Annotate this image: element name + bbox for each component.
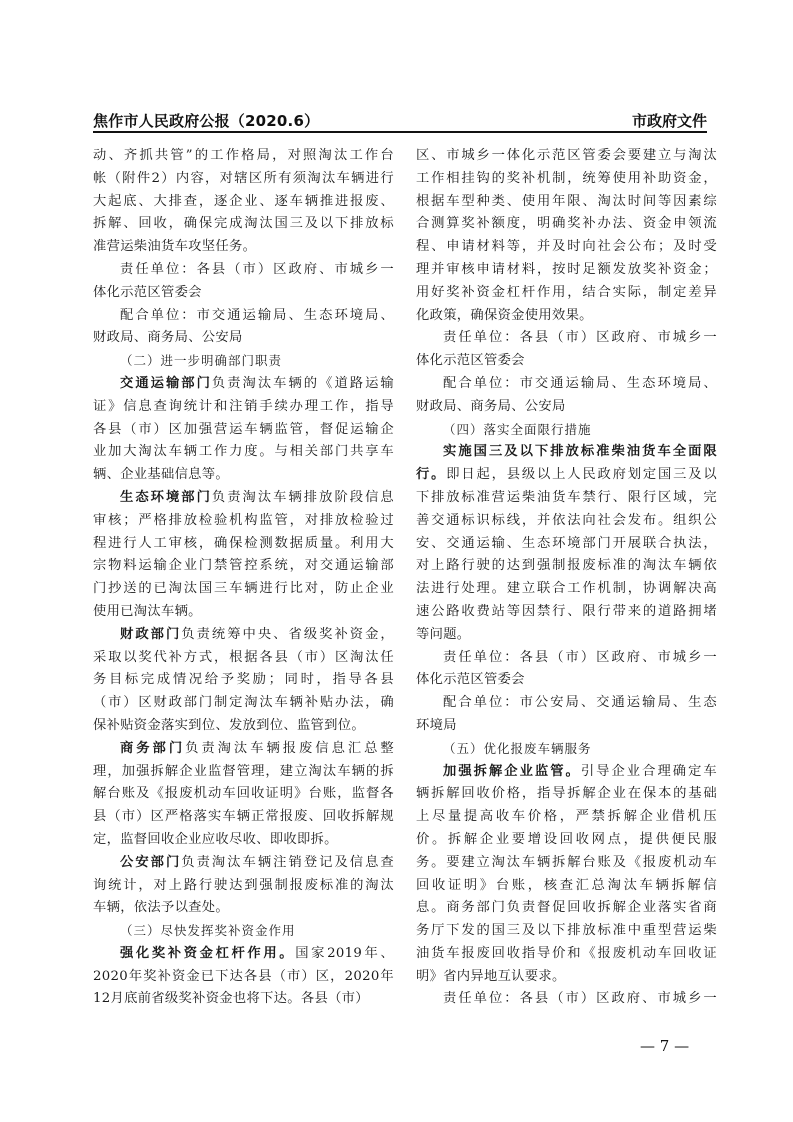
bold-lead: 财政部门 (120, 627, 181, 642)
line-text: 配合单位：市交通运输局、生态环境局、 (120, 308, 394, 323)
line-text: 保补贴资金落实到位、发放到位、监管到位。 (93, 718, 365, 733)
text-line: 使用已淘汰车辆。 (93, 601, 394, 624)
text-line: 等问题。 (416, 624, 717, 647)
line-text: 用好奖补资金杠杆作用，结合实际，制定差异 (416, 285, 717, 300)
line-text: 负责淘汰车辆报废信息汇总整 (185, 741, 394, 756)
text-line: 法进行处理。建立联合工作机制，协调解决高 (416, 578, 717, 601)
text-line: 辆拆解回收价格，指导拆解企业在保本的基础 (416, 783, 717, 806)
line-text: 回收证明》台账，核查汇总淘汰车辆拆解信 (416, 878, 717, 893)
text-line: 价。拆解企业要增设回收网点，提供便民服 (416, 829, 717, 852)
line-text: 工作相挂钩的奖补机制，统筹使用补助资金， (416, 171, 717, 186)
line-text: （四）落实全面限行措施 (443, 422, 592, 437)
line-text: 询统计，对上路行驶达到强制报废标准的淘汰 (93, 878, 394, 893)
line-text: 车辆，依法予以查处。 (93, 900, 229, 915)
text-line: 上尽量提高收车价格，严禁拆解企业借机压 (416, 806, 717, 829)
line-text: 配合单位：市公安局、交通运输局、生态 (443, 695, 717, 710)
text-line: 责任单位：各县（市）区政府、市城乡一 (416, 988, 717, 1011)
text-line: （市）区财政部门制定淘汰车辆补贴办法，确 (93, 692, 394, 715)
text-line: 程进行人工审核，确保检测数据质量。利用大 (93, 533, 394, 556)
line-text: 下排放标准营运柴油货车禁行、限行区域，完 (416, 490, 717, 505)
line-text: 环境局 (416, 718, 457, 733)
bold-lead: 加强拆解企业监管。 (443, 764, 581, 779)
line-text: 动、齐抓共管”的工作格局，对照淘汰工作台 (93, 148, 394, 163)
text-line: 工作相挂钩的奖补机制，统筹使用补助资金， (416, 168, 717, 191)
line-text: 上尽量提高收车价格，严禁拆解企业借机压 (416, 809, 717, 824)
line-text: 负责统筹中央、省级奖补资金， (181, 627, 394, 642)
line-text: 化政策，确保资金使用效果。 (416, 308, 593, 323)
line-text: （三）尽快发挥奖补资金作用 (120, 923, 296, 938)
section-heading: （五）优化报废车辆服务 (416, 738, 717, 761)
line-text: 负责淘汰车辆注销登记及信息查 (181, 855, 394, 870)
line-text: 程、申请材料等，并及时向社会公布；及时受 (416, 239, 717, 254)
bold-lead: 强化奖补资金杠杆作用。 (120, 946, 295, 961)
line-text: 体化示范区管委会 (93, 285, 202, 300)
text-line: 善交通标识标线，并依法向社会发布。组织公 (416, 510, 717, 533)
line-text: 门抄送的已淘汰国三车辆进行比对，防止企业 (93, 581, 394, 596)
line-text: 采取以奖代补方式，根据各县（市）区淘汰任 (93, 650, 394, 665)
section-heading: （三）尽快发挥奖补资金作用 (93, 920, 394, 943)
text-line: 回收证明》台账，核查汇总淘汰车辆拆解信 (416, 875, 717, 898)
line-text: 对上路行驶的达到强制报废标准的淘汰车辆依 (416, 558, 717, 573)
section-heading: （二）进一步明确部门职责 (93, 350, 394, 373)
line-text: 拆解、回收，确保完成淘汰国三及以下排放标 (93, 216, 394, 231)
line-text: 区、市城乡一体化示范区管委会要建立与淘汰 (416, 148, 717, 163)
text-line: 商务部门负责淘汰车辆报废信息汇总整 (93, 738, 394, 761)
header-rule (93, 131, 707, 133)
text-line: 解台账及《报废机动车回收证明》台账，监督各 (93, 783, 394, 806)
line-text: 2020年奖补资金已下达各县（市）区，2020年 (93, 969, 394, 984)
line-text: 安、交通运输、生态环境部门开展联合执法， (416, 536, 717, 551)
line-text: 息。商务部门负责督促回收拆解企业落实省商 (416, 900, 717, 915)
text-line: 各县（市）区加强营运车辆监管，督促运输企 (93, 419, 394, 442)
text-line: 程、申请材料等，并及时向社会公布；及时受 (416, 236, 717, 259)
text-line: 公安部门负责淘汰车辆注销登记及信息查 (93, 852, 394, 875)
text-line: 采取以奖代补方式，根据各县（市）区淘汰任 (93, 647, 394, 670)
line-text: 程进行人工审核，确保检测数据质量。利用大 (93, 536, 394, 551)
line-text: 务。要建立淘汰车辆拆解台账及《报废机动车 (416, 855, 717, 870)
line-text: 责任单位：各县（市）区政府、市城乡一 (120, 262, 394, 277)
line-text: 责任单位：各县（市）区政府、市城乡一 (443, 650, 717, 665)
text-line: 配合单位：市交通运输局、生态环境局、 (93, 305, 394, 328)
text-line: 务目标完成情况给予奖励；同时，指导各县 (93, 669, 394, 692)
text-line: 责任单位：各县（市）区政府、市城乡一 (416, 327, 717, 350)
text-line: 审核；严格排放检验机构监管，对排放检验过 (93, 510, 394, 533)
right-column: 区、市城乡一体化示范区管委会要建立与淘汰工作相挂钩的奖补机制，统筹使用补助资金，… (416, 145, 717, 1011)
text-line: 证》信息查询统计和注销手续办理工作，指导 (93, 396, 394, 419)
text-line: 财政局、商务局、公安局 (93, 327, 394, 350)
text-line: 下排放标准营运柴油货车禁行、限行区域，完 (416, 487, 717, 510)
line-text: 负责淘汰车辆的《道路运输 (212, 376, 394, 391)
text-line: 责任单位：各县（市）区政府、市城乡一 (416, 647, 717, 670)
text-line: 拆解、回收，确保完成淘汰国三及以下排放标 (93, 213, 394, 236)
text-line: 油货车报废回收指导价和《报废机动车回收证 (416, 943, 717, 966)
text-line: 区、市城乡一体化示范区管委会要建立与淘汰 (416, 145, 717, 168)
line-text: 理，加强拆解企业监督管理，建立淘汰车辆的拆 (93, 764, 394, 779)
line-text: 审核；严格排放检验机构监管，对排放检验过 (93, 513, 394, 528)
line-text: 体化示范区管委会 (416, 672, 525, 687)
line-text: 价。拆解企业要增设回收网点，提供便民服 (416, 832, 717, 847)
text-line: 合测算奖补额度，明确奖补办法、资金申领流 (416, 213, 717, 236)
line-text: 责任单位：各县（市）区政府、市城乡一 (443, 991, 717, 1006)
text-line: 定，监督回收企业应收尽收、即收即拆。 (93, 829, 394, 852)
text-line: 根据车型种类、使用年限、淘汰时间等因素综 (416, 191, 717, 214)
line-text: 善交通标识标线，并依法向社会发布。组织公 (416, 513, 717, 528)
text-line: 财政局、商务局、公安局 (416, 396, 717, 419)
page-number: — 7 — (640, 1037, 689, 1055)
text-line: 2020年奖补资金已下达各县（市）区，2020年 (93, 966, 394, 989)
line-text: 大起底、大排查，逐企业、逐车辆推进报废、 (93, 194, 394, 209)
text-line: 速公路收费站等因禁行、限行带来的道路拥堵 (416, 601, 717, 624)
bold-lead: 交通运输部门 (120, 376, 212, 391)
line-text: 财政局、商务局、公安局 (416, 399, 566, 414)
text-line: 财政部门负责统筹中央、省级奖补资金， (93, 624, 394, 647)
line-text: 辆拆解回收价格，指导拆解企业在保本的基础 (416, 786, 717, 801)
line-text: 业加大淘汰车辆工作力度。与相关部门共享车 (93, 444, 394, 459)
text-line: 车辆，依法予以查处。 (93, 897, 394, 920)
text-line: 环境局 (416, 715, 717, 738)
text-line: 体化示范区管委会 (416, 669, 717, 692)
text-line: 保补贴资金落实到位、发放到位、监管到位。 (93, 715, 394, 738)
text-line: 化政策，确保资金使用效果。 (416, 305, 717, 328)
text-line: 实施国三及以下排放标准柴油货车全面限 (416, 441, 717, 464)
text-line: 加强拆解企业监管。引导企业合理确定车 (416, 761, 717, 784)
left-column: 动、齐抓共管”的工作格局，对照淘汰工作台帐（附件2）内容，对辖区所有须淘汰车辆进… (93, 145, 394, 1011)
section-heading: （四）落实全面限行措施 (416, 419, 717, 442)
text-line: 生态环境部门负责淘汰车辆排放阶段信息 (93, 487, 394, 510)
line-text: 速公路收费站等因禁行、限行带来的道路拥堵 (416, 604, 717, 619)
text-line: 询统计，对上路行驶达到强制报废标准的淘汰 (93, 875, 394, 898)
line-text: 证》信息查询统计和注销手续办理工作，指导 (93, 399, 394, 414)
line-text: 务目标完成情况给予奖励；同时，指导各县 (93, 672, 394, 687)
line-text: 财政局、商务局、公安局 (93, 330, 243, 345)
bold-lead: 公安部门 (120, 855, 181, 870)
text-line: 安、交通运输、生态环境部门开展联合执法， (416, 533, 717, 556)
line-text: 配合单位：市交通运输局、生态环境局、 (443, 376, 717, 391)
line-text: 合测算奖补额度，明确奖补办法、资金申领流 (416, 216, 717, 231)
text-line: 务厅下发的国三及以下排放标准中重型营运柴 (416, 920, 717, 943)
text-line: 对上路行驶的达到强制报废标准的淘汰车辆依 (416, 555, 717, 578)
text-line: 配合单位：市交通运输局、生态环境局、 (416, 373, 717, 396)
line-text: 县（市）区严格落实车辆正常报废、回收拆解规 (93, 809, 394, 824)
line-text: 国家2019年、 (295, 946, 394, 961)
line-text: （市）区财政部门制定淘汰车辆补贴办法，确 (93, 695, 394, 710)
line-text: 等问题。 (416, 627, 470, 642)
text-line: 业加大淘汰车辆工作力度。与相关部门共享车 (93, 441, 394, 464)
line-text: 辆、企业基础信息等。 (93, 467, 229, 482)
section-label: 市政府文件 (632, 110, 707, 131)
line-text: 明》省内异地互认要求。 (416, 969, 566, 984)
line-text: 各县（市）区加强营运车辆监管，督促运输企 (93, 422, 394, 437)
text-line: 辆、企业基础信息等。 (93, 464, 394, 487)
line-text: 定，监督回收企业应收尽收、即收即拆。 (93, 832, 338, 847)
text-line: 明》省内异地互认要求。 (416, 966, 717, 989)
line-text: 理并审核申请材料，按时足额发放奖补资金； (416, 262, 717, 277)
text-line: 动、齐抓共管”的工作格局，对照淘汰工作台 (93, 145, 394, 168)
line-text: 负责淘汰车辆排放阶段信息 (212, 490, 394, 505)
line-text: 宗物料运输企业门禁管控系统，对交通运输部 (93, 558, 394, 573)
text-line: 帐（附件2）内容，对辖区所有须淘汰车辆进行 (93, 168, 394, 191)
text-line: 体化示范区管委会 (416, 350, 717, 373)
text-line: 体化示范区管委会 (93, 282, 394, 305)
text-line: 门抄送的已淘汰国三车辆进行比对，防止企业 (93, 578, 394, 601)
text-line: 交通运输部门负责淘汰车辆的《道路运输 (93, 373, 394, 396)
text-line: 县（市）区严格落实车辆正常报废、回收拆解规 (93, 806, 394, 829)
text-line: 宗物料运输企业门禁管控系统，对交通运输部 (93, 555, 394, 578)
line-text: 法进行处理。建立联合工作机制，协调解决高 (416, 581, 717, 596)
line-text: （二）进一步明确部门职责 (120, 353, 282, 368)
text-line: 12月底前省级奖补资金也将下达。各县（市） (93, 988, 394, 1011)
text-line: 务。要建立淘汰车辆拆解台账及《报废机动车 (416, 852, 717, 875)
line-text: 即日起，县级以上人民政府划定国三及以 (446, 467, 717, 482)
text-line: 准营运柴油货车攻坚任务。 (93, 236, 394, 259)
text-line: 强化奖补资金杠杆作用。国家2019年、 (93, 943, 394, 966)
publication-title: 焦作市人民政府公报（2020.6） (93, 110, 319, 131)
line-text: 油货车报废回收指导价和《报废机动车回收证 (416, 946, 717, 961)
line-text: 责任单位：各县（市）区政府、市城乡一 (443, 330, 717, 345)
line-text: 12月底前省级奖补资金也将下达。各县（市） (93, 991, 369, 1006)
text-line: 配合单位：市公安局、交通运输局、生态 (416, 692, 717, 715)
bold-lead: 行。 (416, 467, 446, 482)
line-text: 解台账及《报废机动车回收证明》台账，监督各 (93, 786, 394, 801)
bold-lead: 实施国三及以下排放标准柴油货车全面限 (443, 444, 717, 459)
line-text: 使用已淘汰车辆。 (93, 604, 202, 619)
line-text: 体化示范区管委会 (416, 353, 525, 368)
text-line: 理，加强拆解企业监督管理，建立淘汰车辆的拆 (93, 761, 394, 784)
line-text: 务厅下发的国三及以下排放标准中重型营运柴 (416, 923, 717, 938)
line-text: 准营运柴油货车攻坚任务。 (93, 239, 256, 254)
text-line: 行。即日起，县级以上人民政府划定国三及以 (416, 464, 717, 487)
text-line: 息。商务部门负责督促回收拆解企业落实省商 (416, 897, 717, 920)
line-text: （五）优化报废车辆服务 (443, 741, 592, 756)
line-text: 根据车型种类、使用年限、淘汰时间等因素综 (416, 194, 717, 209)
text-line: 理并审核申请材料，按时足额发放奖补资金； (416, 259, 717, 282)
text-line: 责任单位：各县（市）区政府、市城乡一 (93, 259, 394, 282)
line-text: 引导企业合理确定车 (581, 764, 717, 779)
text-line: 大起底、大排查，逐企业、逐车辆推进报废、 (93, 191, 394, 214)
text-line: 用好奖补资金杠杆作用，结合实际，制定差异 (416, 282, 717, 305)
bold-lead: 生态环境部门 (120, 490, 212, 505)
bold-lead: 商务部门 (120, 741, 185, 756)
line-text: 帐（附件2）内容，对辖区所有须淘汰车辆进行 (93, 171, 394, 186)
